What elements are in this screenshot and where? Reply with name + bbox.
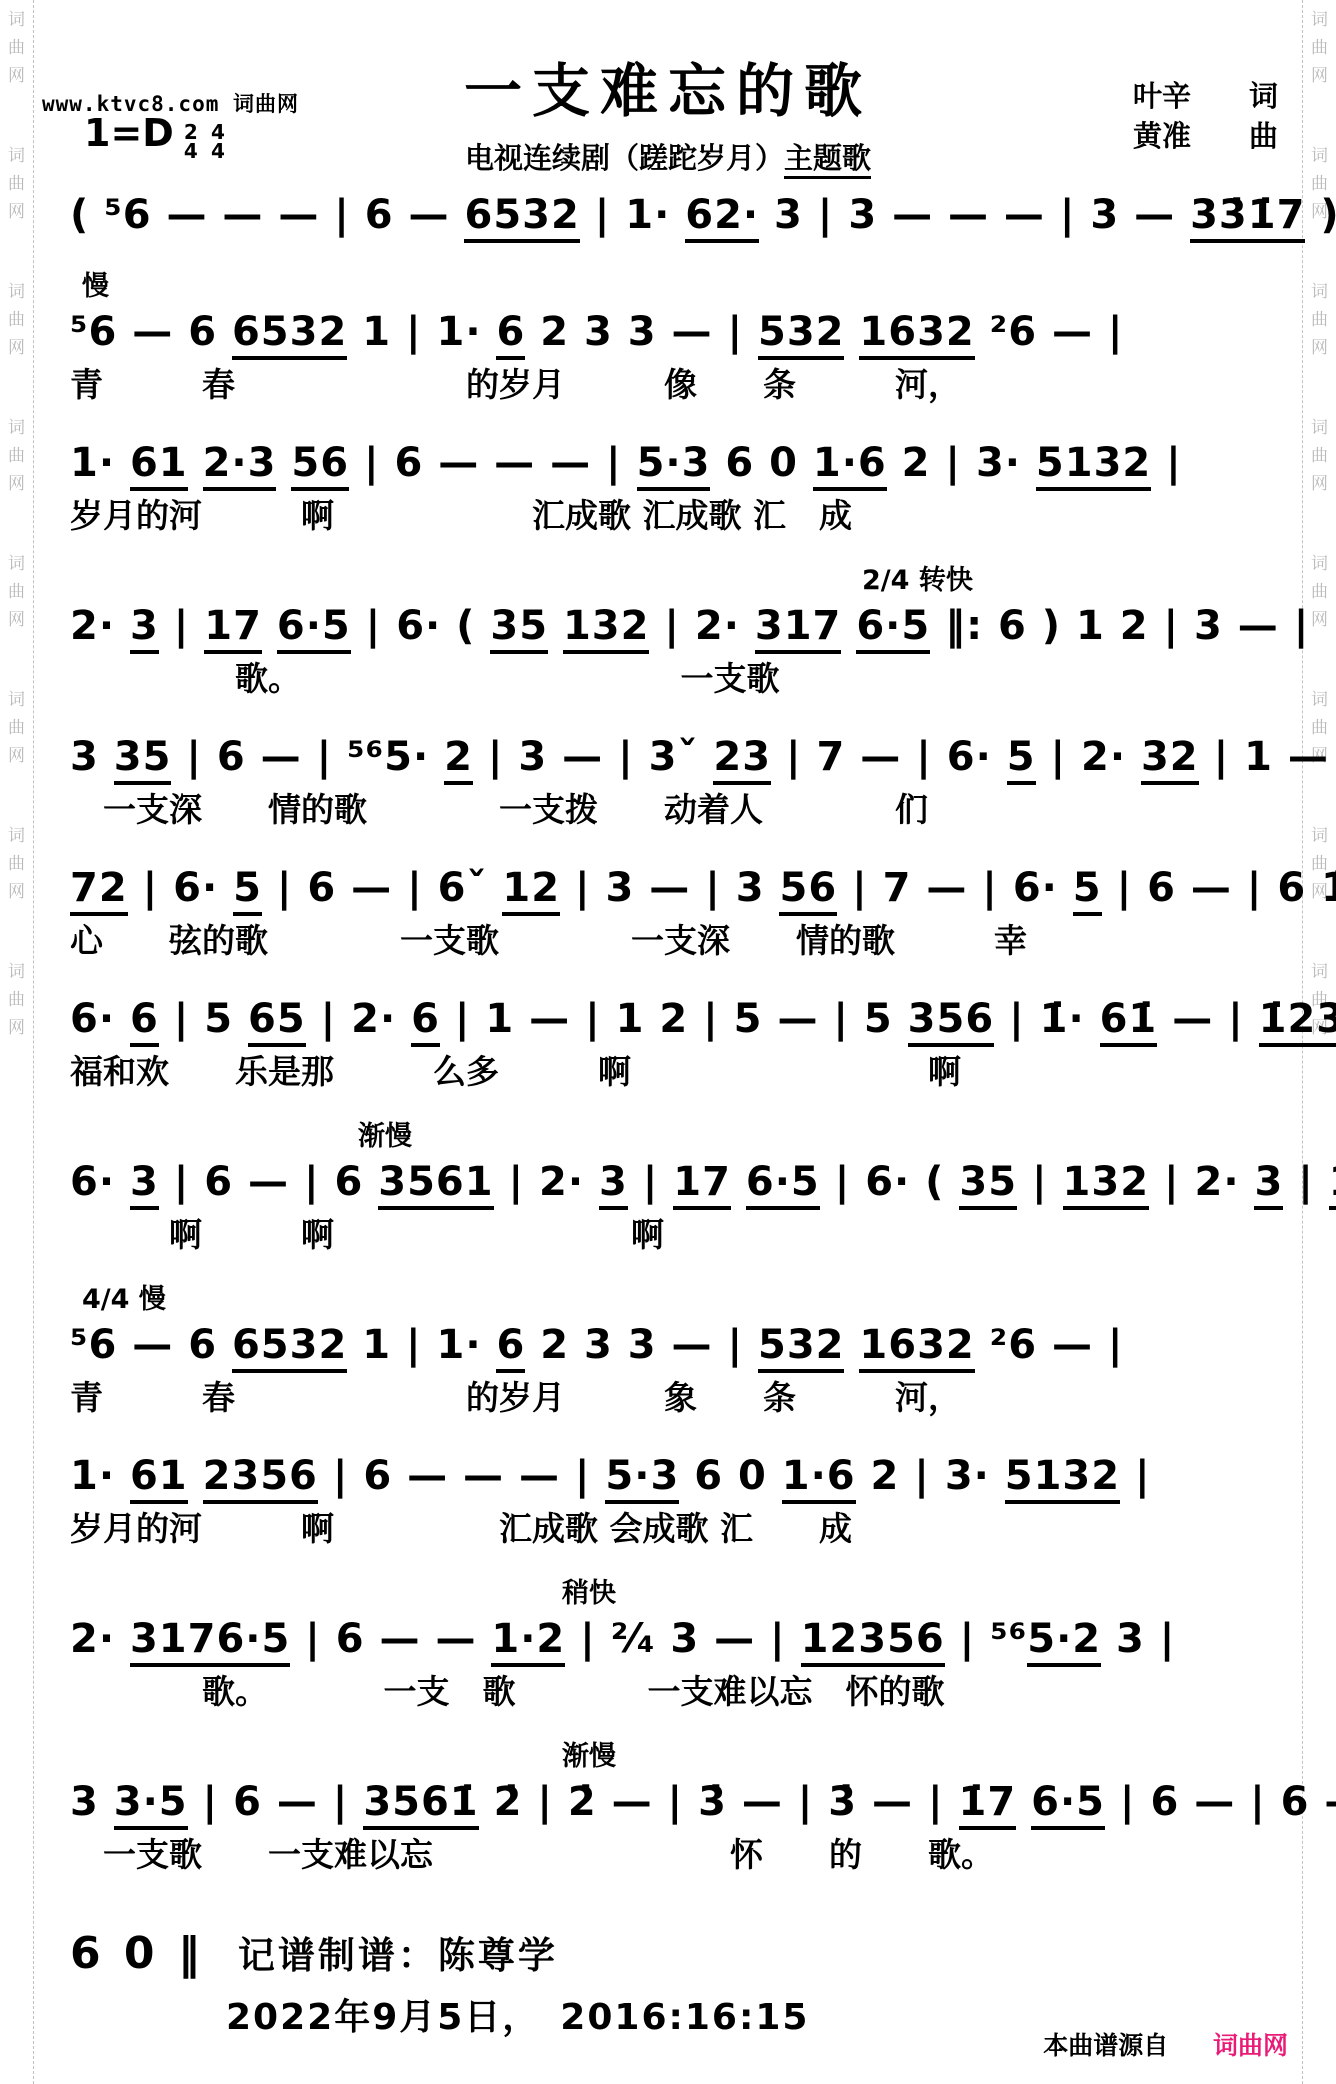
- watermark-char: 词: [8, 6, 25, 34]
- tempo-annotation: 慢: [82, 271, 1270, 303]
- lyrics-line: 福和欢 乐是那 么多 啊 啊: [70, 1050, 1270, 1094]
- watermark-char: 网: [8, 878, 25, 906]
- lyrics-line: 歌。 一支歌: [70, 657, 1270, 701]
- watermark-char: 曲: [8, 442, 25, 470]
- watermark-char: 词: [8, 550, 25, 578]
- notation-line: 3 35 | 6 — | ⁵⁶5· 2 | 3 — | 3ˇ 23 | 7 — …: [70, 728, 1270, 786]
- music-system-6: 72 | 6· 5 | 6 — | 6ˇ 12 | 3 — | 3 56 | 7…: [70, 859, 1270, 963]
- watermark-char: 网: [8, 742, 25, 770]
- notation-line: 1· 61 2·3 56 | 6 — — — | 5·3 6 0 1·6 2 |…: [70, 434, 1270, 492]
- tempo-annotation: 渐慢: [562, 1741, 1270, 1773]
- watermark-char: 网: [8, 334, 25, 362]
- watermark-char: 网: [8, 198, 25, 226]
- watermark-char: 曲: [8, 986, 25, 1014]
- watermark-char: 词: [8, 278, 25, 306]
- notation-line: ⁵6 — 6 6532 1 | 1· 6 2 3 3 — | 532 1632 …: [70, 1316, 1270, 1374]
- watermark-char: 曲: [1311, 306, 1328, 334]
- subtitle-suffix: 主题歌: [784, 141, 871, 179]
- lyrics-line: 一支深 情的歌 一支拨 动着人 们: [70, 788, 1270, 832]
- transcriber-credit: 记谱制谱：陈尊学: [238, 1925, 558, 1979]
- notation-line: ⁵6 — 6 6532 1 | 1· 6 2 3 3 — | 532 1632 …: [70, 303, 1270, 361]
- watermark-char: 网: [8, 470, 25, 498]
- watermark-char: 曲: [1311, 578, 1328, 606]
- music-system-7: 6· 6 | 5 65 | 2· 6 | 1 — | 1 2 | 5 — | 5…: [70, 990, 1270, 1094]
- watermark-char: 词: [1311, 278, 1328, 306]
- lyrics-line: 青 春 的岁月 象 条 河，: [70, 1376, 1270, 1420]
- watermark-char: 词: [1311, 958, 1328, 986]
- music-system-8: 渐慢6· 3 | 6 — | 6 3561 | 2· 3 | 17 6·5 | …: [70, 1121, 1270, 1257]
- lyrics-line: 一支歌 一支难以忘 怀 的 歌。: [70, 1833, 1270, 1877]
- watermark-char: 曲: [8, 578, 25, 606]
- watermark-char: 词: [8, 958, 25, 986]
- watermark-char: 词: [8, 414, 25, 442]
- meter-fraction: 24: [184, 123, 198, 161]
- notation-line: ( ⁵6 — — — | 6 — 6532 | 1· 62· 3 | 3 — —…: [70, 186, 1270, 244]
- music-system-12: 渐慢3 3·5 | 6 — | 3561̇ 2̇ | 2̇ — | 3̇ — |…: [70, 1741, 1270, 1877]
- lyrics-line: 岁月的河 啊 汇成歌 汇成歌 汇 成: [70, 494, 1270, 538]
- tempo-annotation: 稍快: [562, 1578, 1270, 1610]
- meter-fraction: 44: [211, 123, 225, 161]
- music-system-5: 3 35 | 6 — | ⁵⁶5· 2 | 3 — | 3ˇ 23 | 7 — …: [70, 728, 1270, 832]
- lyrics-line: 啊 啊 啊: [70, 1213, 1270, 1257]
- lyrics-line: 岁月的河 啊 汇成歌 会成歌 汇 成: [70, 1507, 1270, 1551]
- watermark-char: 网: [1311, 470, 1328, 498]
- music-system-3: 1· 61 2·3 56 | 6 — — — | 5·3 6 0 1·6 2 |…: [70, 434, 1270, 538]
- watermark-char: 网: [1311, 606, 1328, 634]
- watermark-char: 曲: [8, 714, 25, 742]
- left-watermark-column: 词曲网词曲网词曲网词曲网词曲网词曲网词曲网词曲网: [0, 0, 34, 2084]
- watermark-char: 曲: [1311, 442, 1328, 470]
- notation-line: 6· 3 | 6 — | 6 3561 | 2· 3 | 17 6·5 | 6·…: [70, 1153, 1270, 1211]
- notation-line: 6· 6 | 5 65 | 2· 6 | 1 — | 1 2 | 5 — | 5…: [70, 990, 1270, 1048]
- music-system-9: 4/4 慢⁵6 — 6 6532 1 | 1· 6 2 3 3 — | 532 …: [70, 1284, 1270, 1420]
- watermark-char: 词: [1311, 414, 1328, 442]
- music-system-11: 稍快2· 3176·5 | 6 — — 1·2 | ²⁄₄ 3 — | 1235…: [70, 1578, 1270, 1714]
- watermark-char: 词: [1311, 822, 1328, 850]
- watermark-char: 曲: [8, 306, 25, 334]
- credits: 叶辛 词 黄准 曲: [1133, 76, 1278, 156]
- watermark-char: 词: [1311, 686, 1328, 714]
- source-brand: 词曲网: [1213, 2031, 1288, 2060]
- music-systems: ( ⁵6 — — — | 6 — 6532 | 1· 62· 3 | 3 — —…: [70, 186, 1270, 1904]
- music-system-10: 1· 61 2356 | 6 — — — | 5·3 6 0 1·6 2 | 3…: [70, 1447, 1270, 1551]
- tempo-annotation: 渐慢: [358, 1121, 1270, 1153]
- coda-notation: 6 0 ‖: [70, 1928, 204, 1979]
- music-system-2: 慢⁵6 — 6 6532 1 | 1· 6 2 3 3 — | 532 1632…: [70, 271, 1270, 407]
- sheet-music-page: 词曲网词曲网词曲网词曲网词曲网词曲网词曲网词曲网 词曲网词曲网词曲网词曲网词曲网…: [0, 0, 1336, 2084]
- meter-signatures: 24 44: [184, 104, 225, 161]
- coda-section: 6 0 ‖ 记谱制谱：陈尊学 2022年9月5日， 2016:16:15: [70, 1925, 809, 2040]
- tempo-annotation: 2/4 转快: [862, 565, 1270, 597]
- notation-line: 2· 3 | 17 6·5 | 6· ( 35 132 | 2· 317 6·5…: [70, 597, 1270, 655]
- subtitle-main: 电视连续剧（蹉跎岁月）: [465, 141, 784, 175]
- notation-line: 3 3·5 | 6 — | 3561̇ 2̇ | 2̇ — | 3̇ — | 3…: [70, 1773, 1270, 1831]
- tempo-annotation: 4/4 慢: [82, 1284, 1270, 1316]
- key-label: 1=D: [84, 111, 174, 155]
- music-system-1: ( ⁵6 — — — | 6 — 6532 | 1· 62· 3 | 3 — —…: [70, 186, 1270, 244]
- source-credit-prefix: 本曲谱源自: [1043, 2031, 1168, 2060]
- notation-line: 2· 3176·5 | 6 — — 1·2 | ²⁄₄ 3 — | 12356 …: [70, 1610, 1270, 1668]
- notation-line: 72 | 6· 5 | 6 — | 6ˇ 12 | 3 — | 3 56 | 7…: [70, 859, 1270, 917]
- watermark-char: 网: [8, 606, 25, 634]
- watermark-char: 词: [1311, 6, 1328, 34]
- watermark-char: 网: [1311, 334, 1328, 362]
- watermark-char: 词: [1311, 550, 1328, 578]
- key-signature: 1=D 24 44: [84, 104, 225, 161]
- source-credit: 本曲谱源自 词曲网: [1043, 2026, 1288, 2062]
- lyrics-line: 歌。 一支 歌 一支难以忘 怀的歌: [70, 1670, 1270, 1714]
- notation-line: 1· 61 2356 | 6 — — — | 5·3 6 0 1·6 2 | 3…: [70, 1447, 1270, 1505]
- lyrics-line: 心 弦的歌 一支歌 一支深 情的歌 幸: [70, 919, 1270, 963]
- composer-credit: 黄准 曲: [1133, 116, 1278, 156]
- watermark-char: 曲: [8, 850, 25, 878]
- watermark-char: 词: [8, 822, 25, 850]
- lyrics-line: 青 春 的岁月 像 条 河，: [70, 363, 1270, 407]
- watermark-char: 网: [8, 1014, 25, 1042]
- lyricist-credit: 叶辛 词: [1133, 76, 1278, 116]
- music-system-4: 2/4 转快2· 3 | 17 6·5 | 6· ( 35 132 | 2· 3…: [70, 565, 1270, 701]
- watermark-char: 词: [8, 686, 25, 714]
- transcription-date: 2022年9月5日， 2016:16:15: [226, 1989, 809, 2040]
